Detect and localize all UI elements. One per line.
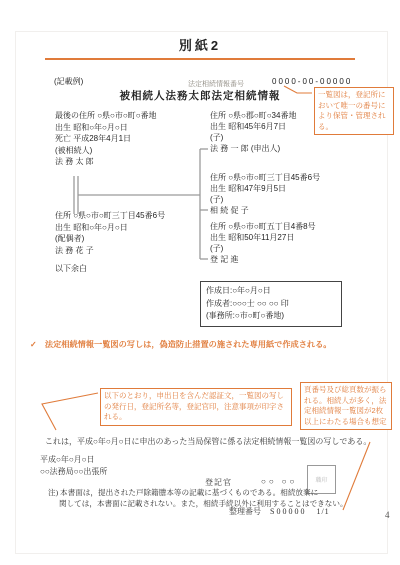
child3-birth: 出生 昭和50年11月27日 [210, 232, 316, 243]
child-block-3: 住所 ○県○市○町五丁目4番8号 出生 昭和50年11月27日 (子) 登 記 … [210, 221, 316, 265]
serial-label: 整理番号 [229, 507, 261, 516]
spouse-name: 法 務 花 子 [55, 245, 165, 257]
creation-info-box: 作成日:○年○月○日 作成者:○○○士 ○○ ○○ 印 (事務所:○市○町○番地… [200, 281, 342, 327]
check-icon: ✓ [30, 340, 37, 349]
child1-role: (子) [210, 132, 296, 143]
child-block-2: 住所 ○県○市○町三丁目45番6号 出生 昭和47年9月5日 (子) 相 続 促… [210, 172, 320, 216]
serial-pages: 1/1 [316, 507, 329, 516]
child3-role: (子) [210, 243, 316, 254]
child2-name: 相 続 促 子 [210, 205, 320, 216]
registry-office: ○○法務局○○出張所 [40, 466, 107, 477]
registrar-name: ○○ ○○ [261, 477, 297, 486]
decedent-role: (被相続人) [55, 145, 157, 157]
decedent-birth: 出生 昭和○年○月○日 [55, 122, 157, 134]
example-label: (記載例) [54, 76, 83, 87]
creation-date: 作成日:○年○月○日 [206, 285, 336, 298]
decedent-block: 最後の住所 ○県○市○町○番地 出生 昭和○年○月○日 死亡 平成28年4月1日… [55, 110, 157, 168]
spouse-role: (配偶者) [55, 233, 165, 245]
creation-author: 作成者:○○○士 ○○ ○○ 印 [206, 298, 336, 311]
serial-value: S00000 [270, 507, 306, 516]
child3-address: 住所 ○県○市○町五丁目4番8号 [210, 221, 316, 232]
spouse-birth: 出生 昭和○年○月○日 [55, 222, 165, 234]
child3-name: 登 記 進 [210, 254, 316, 265]
document-page: 別紙2 (記載例) 法定相続情報番号 0000-00-00000 被相続人法務太… [0, 0, 400, 565]
child2-birth: 出生 昭和47年9月5日 [210, 183, 320, 194]
child1-address: 住所 ○県○郡○町○34番地 [210, 110, 296, 121]
creation-office: (事務所:○市○町○番地) [206, 310, 336, 323]
decedent-death: 死亡 平成28年4月1日 [55, 133, 157, 145]
child1-birth: 出生 昭和45年6月7日 [210, 121, 296, 132]
anti-forgery-text: 法定相続情報一覧図の写しは，偽造防止措置の施された専用紙で作成される。 [45, 340, 332, 349]
page-number: 4 [385, 510, 390, 520]
footnote-line-1: 注) 本書面は，提出された戸除籍謄本等の記載に基づくものである。相続放棄に [48, 487, 318, 498]
decedent-name: 法 務 太 郎 [55, 156, 157, 168]
spouse-address: 住所 ○県○市○町三丁目45番6号 [55, 210, 165, 222]
decedent-last-address: 最後の住所 ○県○市○町○番地 [55, 110, 157, 122]
spouse-block: 住所 ○県○市○町三丁目45番6号 出生 昭和○年○月○日 (配偶者) 法 務 … [55, 210, 165, 256]
seal-label: 職印 [315, 475, 327, 484]
blank-note: 以下余白 [55, 263, 87, 275]
callout-number-note: 一覧図は，登記所において唯一の番号により保管・管理される。 [314, 87, 394, 135]
child2-address: 住所 ○県○市○町三丁目45番6号 [210, 172, 320, 183]
attachment-tag: 別紙2 [0, 35, 400, 54]
callout-certify-note: 以下のとおり，申出日を含んだ認証文，一覧図の写しの発行日，登記所名等，登記官印，… [100, 388, 292, 426]
inheritance-number-value: 0000-00-00000 [272, 77, 352, 86]
child-block-1: 住所 ○県○郡○町○34番地 出生 昭和45年6月7日 (子) 法 務 一 郎 … [210, 110, 296, 154]
anti-forgery-note: ✓法定相続情報一覧図の写しは，偽造防止措置の施された専用紙で作成される。 [30, 339, 331, 350]
callout-pages-note: 頁番号及び総頁数が振られる。相続人が多く，法定相続情報一覧図が2枚以上にわたる場… [300, 382, 392, 430]
header-rule [45, 58, 355, 60]
child2-role: (子) [210, 194, 320, 205]
certification-date: 平成○年○月○日 [40, 454, 95, 465]
child1-name: 法 務 一 郎 (申出人) [210, 143, 296, 154]
serial-number-row: 整理番号S000001/1 [229, 506, 330, 517]
certification-statement: これは，平成○年○月○日に申出のあった当局保管に係る法定相続情報一覧図の写しであ… [45, 436, 371, 447]
